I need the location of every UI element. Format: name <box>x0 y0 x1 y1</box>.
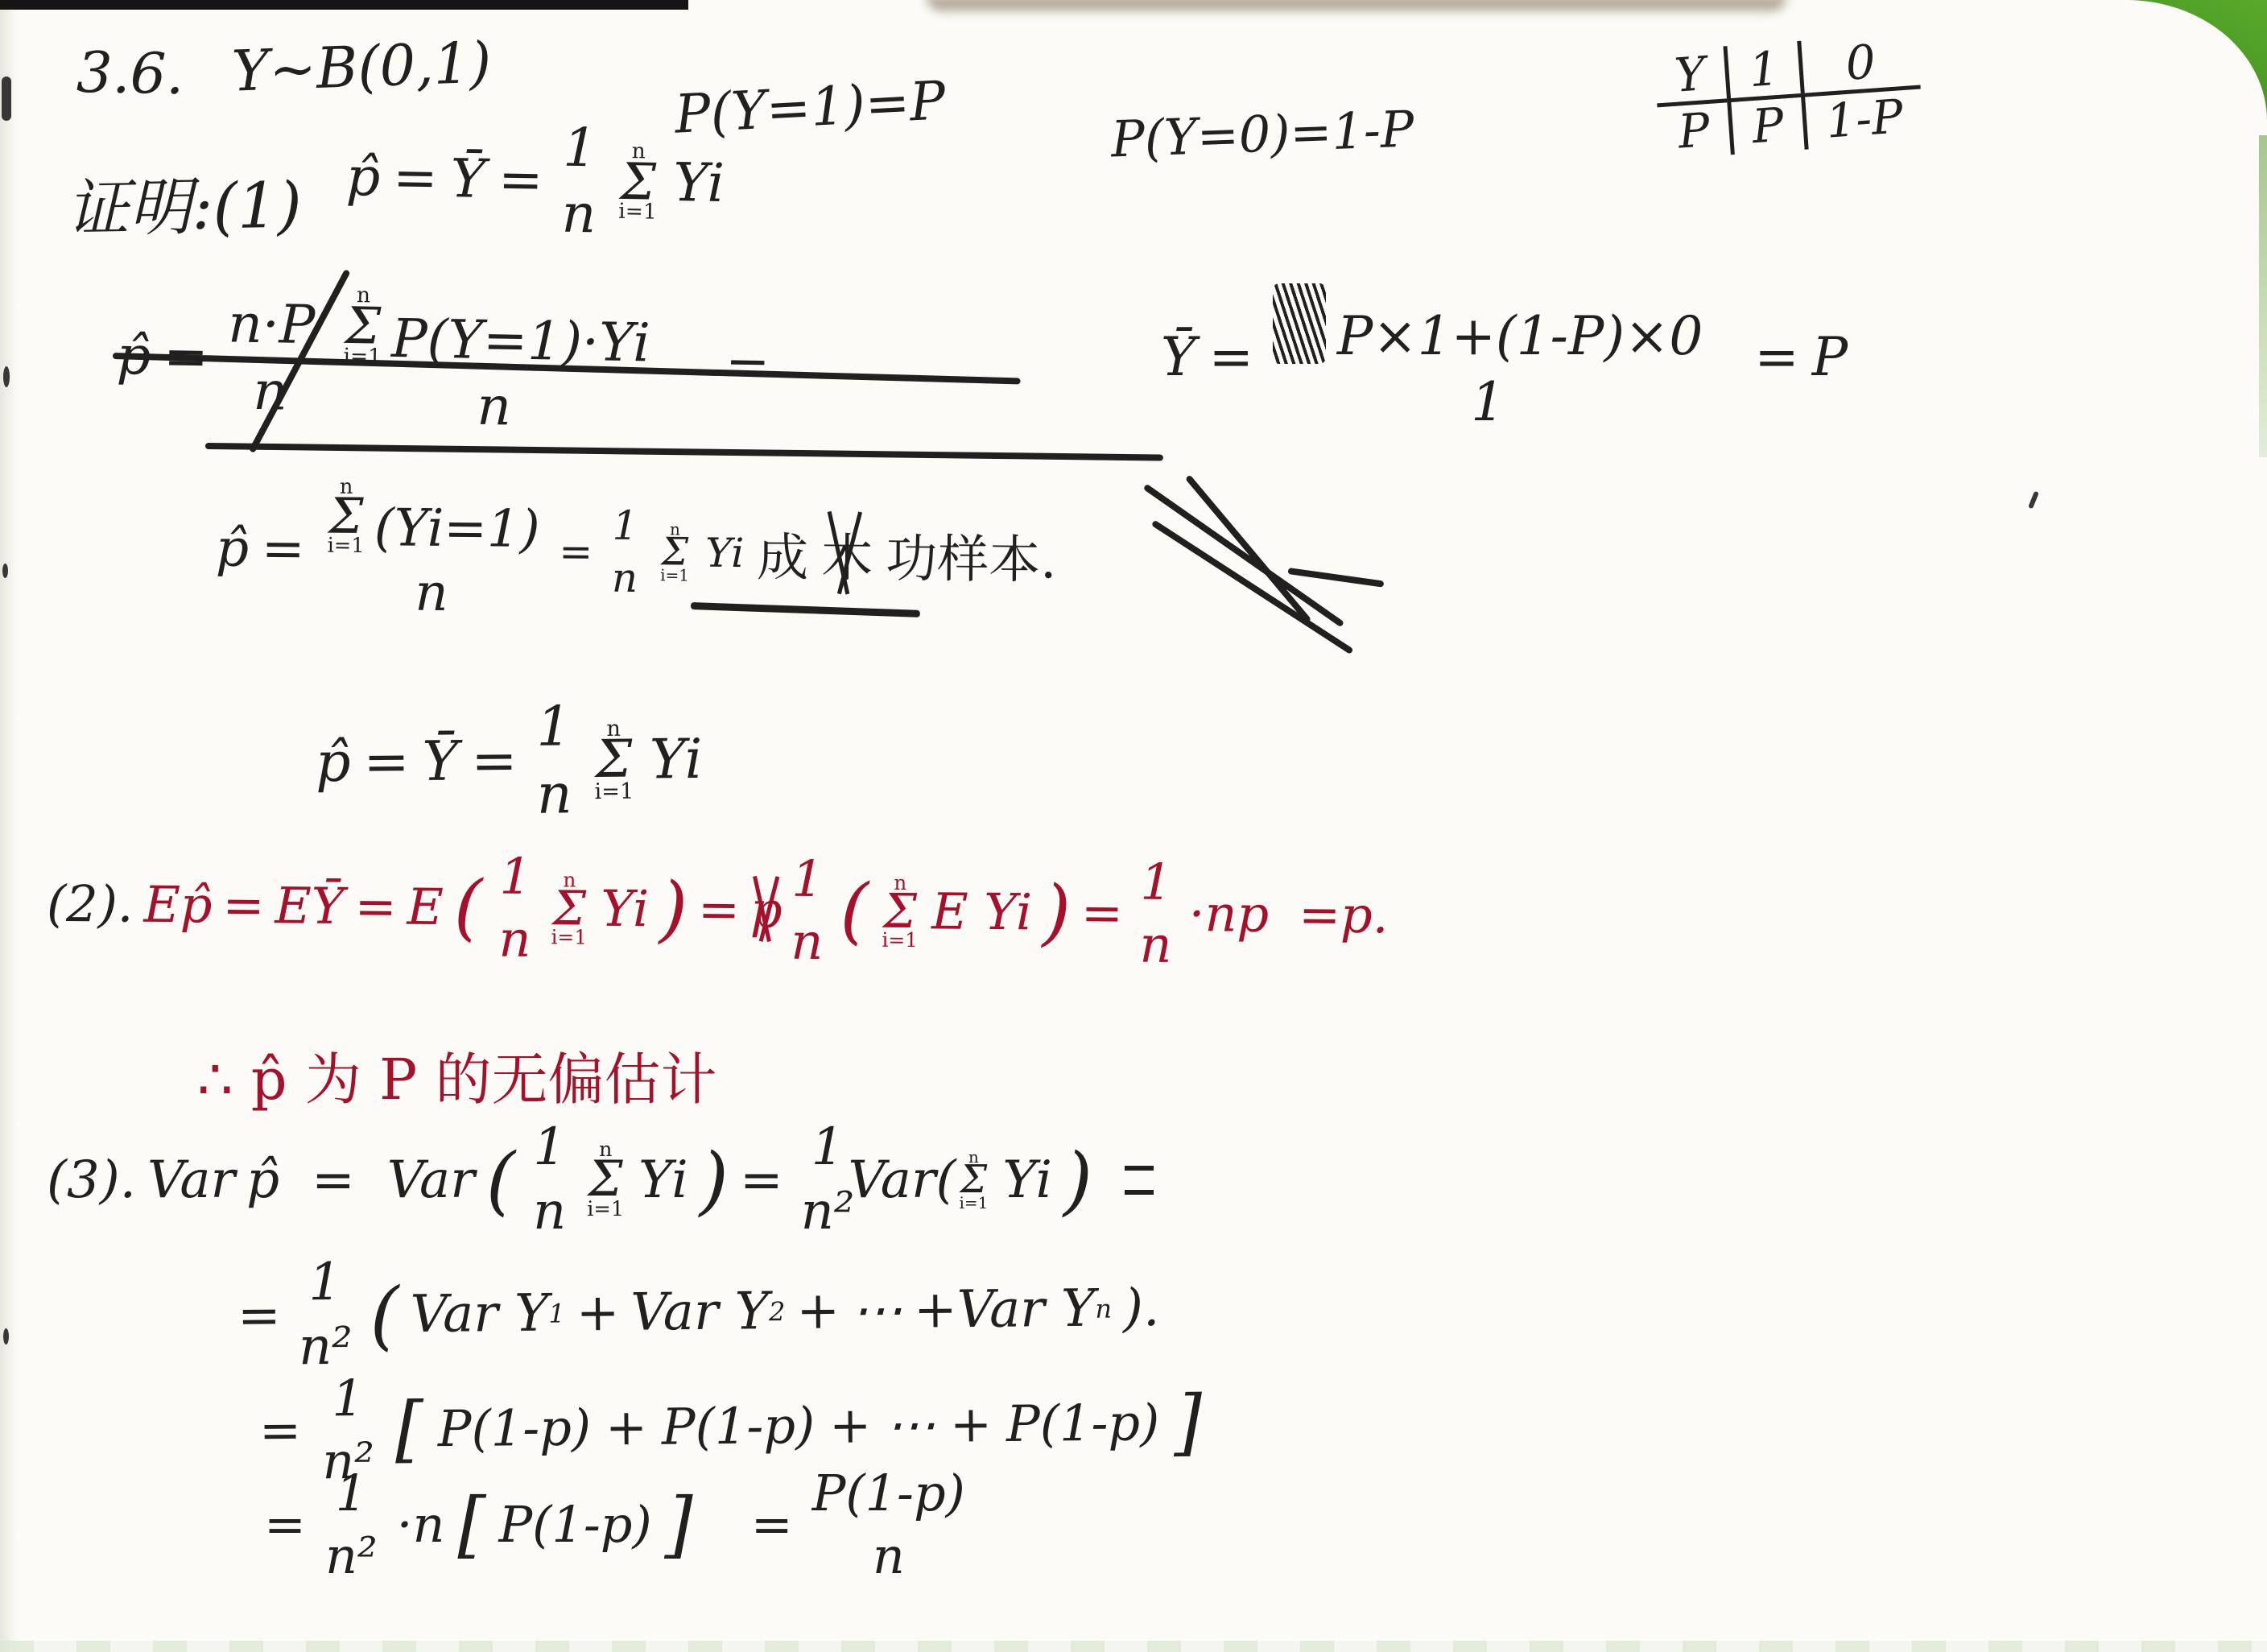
handwritten-notes-photo: 3.6. Y~B(0,1) P(Y=1)=P P(Y=0)=1-P Y 1 0 … <box>0 0 2267 1652</box>
photo-top-dark-edge <box>0 0 688 10</box>
close-paren-period: ). <box>1123 1278 1160 1338</box>
plus: + <box>796 1281 840 1340</box>
subscript-2: 2 <box>769 1296 786 1327</box>
equals: = <box>1754 326 1798 388</box>
fraction-1-over-n: 1 n <box>492 850 538 966</box>
open-paren: ( <box>840 869 869 952</box>
var-y-text: +Var Y <box>914 1278 1096 1340</box>
estimator-restatement: p̂ = Ȳ = 1 n n Σ i=1 Yi <box>315 697 703 826</box>
denominator: n <box>605 557 645 600</box>
plus: + <box>829 1396 872 1455</box>
sigma-symbol: Σ <box>661 536 688 569</box>
numerator: 1 <box>605 504 644 547</box>
y-sub-i: Yi <box>705 529 745 576</box>
numerator: 1 <box>530 698 578 756</box>
sum-lower: i=1 <box>551 928 587 945</box>
sigma-symbol: Σ <box>620 160 656 204</box>
var-y-text: Var Y <box>630 1282 769 1342</box>
sigma-symbol: Σ <box>588 1159 623 1201</box>
equals: = <box>1081 883 1124 942</box>
subscript-1: 1 <box>548 1298 565 1328</box>
conclusion-text: ∴ p̂ 为 P 的无偏估计 <box>197 1035 716 1116</box>
y-bar: Ȳ <box>1161 326 1196 388</box>
equals: = <box>222 876 265 935</box>
p-hat: p̂ <box>316 731 351 795</box>
paper-left-edge <box>0 0 18 1652</box>
proof-label-text: 证明:(1) <box>65 155 303 249</box>
denominator: n <box>866 1530 911 1582</box>
part2-index: (2). <box>47 874 134 934</box>
equals: = <box>1209 326 1253 388</box>
crossout-scribble-stroke <box>1185 474 1311 623</box>
crossed-out-character: 木 <box>821 517 873 592</box>
summation: n Σ i=1 <box>660 522 689 583</box>
fraction-1-over-n-squared: 1 n² <box>291 1256 359 1375</box>
numerator: 1 <box>556 119 604 176</box>
p-hat: p̂ <box>216 518 250 578</box>
denominator: n² <box>319 1530 384 1582</box>
numerator: 1 <box>1133 856 1179 909</box>
equals: = <box>264 1495 306 1554</box>
denominator: n <box>408 567 455 622</box>
unbiased-conclusion: ∴ p̂ 为 P 的无偏估计 <box>197 1035 716 1116</box>
paper-bottom-edge <box>0 1641 2267 1652</box>
sigma-symbol: Σ <box>345 304 381 348</box>
denominator: n <box>530 766 578 824</box>
p-1-minus-p: P(1-p) <box>662 1396 816 1456</box>
close-bracket: ] <box>1174 1380 1203 1464</box>
y-sub-i: Yi <box>1002 1150 1052 1210</box>
sum-lower: i=1 <box>328 538 365 555</box>
fraction-1-over-n-squared: 1 n² <box>319 1467 384 1582</box>
summation: n Σ i=1 <box>328 479 365 556</box>
ellipsis: ⋯ <box>886 1395 936 1455</box>
table-cell-1: 1 <box>1724 41 1801 98</box>
y-sub-i: Yi <box>601 879 649 939</box>
ink-speck <box>3 1328 9 1344</box>
plus-var-yn: +Var Yn <box>914 1278 1113 1340</box>
fraction-1-over-n: 1 n <box>605 504 645 599</box>
equals: = <box>498 149 543 212</box>
numerator: 1 <box>785 853 830 906</box>
sigma-symbol: Σ <box>595 738 632 783</box>
equals: = <box>698 880 741 939</box>
paper-top-shadow <box>926 0 1787 11</box>
scribbled-out-summation <box>1273 283 1326 364</box>
equals: = <box>740 1150 783 1210</box>
plus: + <box>605 1398 648 1456</box>
correction-mark <box>1125 1166 1154 1195</box>
y-bar: Ȳ <box>450 147 486 210</box>
summation: n Σ i=1 <box>551 871 587 946</box>
p-hat: p̂ <box>246 1150 279 1210</box>
fraction-1-over-n: 1 n <box>530 698 579 824</box>
expectation-terms: P×1+(1-P)×0 <box>1337 308 1703 364</box>
numerator: P×1+(1-P)×0 <box>1266 283 1710 364</box>
p-1-minus-p: P(1-p) <box>498 1495 651 1554</box>
p-1-minus-p: P(1-p) <box>438 1398 592 1459</box>
open-bracket: [ <box>457 1483 485 1567</box>
times-n: ·n <box>397 1495 445 1554</box>
annotation-success-sample: 功样本. <box>886 517 1057 593</box>
denominator: n <box>1133 919 1179 972</box>
crossout-scribble-stroke <box>1287 568 1384 588</box>
sum-lower: i=1 <box>618 203 657 221</box>
y-sub-i: Yi <box>638 1150 688 1210</box>
open-paren: ( <box>370 1271 399 1358</box>
table-cell-1mp: 1-P <box>1801 85 1924 150</box>
success-count-derivation: p̂ = n Σ i=1 (Yi=1) n = 1 n n Σ i=1 Yi <box>215 477 1057 626</box>
table-cell-p: P <box>1657 98 1731 159</box>
close-paren: ) <box>659 867 688 951</box>
prob-y-equals-0: P(Y=0)=1-P <box>1110 99 1415 168</box>
e-p-hat: Ep̂ <box>143 875 213 935</box>
crossed-out-p: p <box>750 880 783 939</box>
variance-expansion: = 1 n² ( Var Y1 + Var Y2 + ⋯ +Var Yn ). <box>237 1249 1160 1375</box>
fraction-count-over-n: n Σ i=1 (Yi=1) n <box>317 479 547 622</box>
e-y-bar: EȲ <box>275 876 345 935</box>
numerator: n Σ i=1 (Yi=1) <box>318 479 547 558</box>
numerator: 1 <box>329 1467 374 1519</box>
open-paren: ( <box>453 865 482 949</box>
sigma-symbol: Σ <box>328 496 363 538</box>
numerator: 1 <box>526 1121 572 1175</box>
y-sub-i: Yi <box>650 728 703 792</box>
ellipsis: ⋯ <box>851 1280 903 1340</box>
estimator-definition: p̂ = Ȳ = 1 n n Σ i=1 Yi <box>345 116 725 245</box>
denominator: n <box>492 913 538 966</box>
distribution-text: Y~B(0,1) <box>231 29 493 104</box>
crossout-scribble-stroke <box>1143 484 1344 628</box>
equals: = <box>312 1150 355 1210</box>
denominator: n <box>526 1185 572 1239</box>
close-paren: ) <box>1042 870 1071 954</box>
ink-speck <box>2 76 11 121</box>
equals: = <box>393 147 439 209</box>
sum-lower: i=1 <box>660 568 689 582</box>
open-paren: ( <box>486 1137 515 1224</box>
fraction-expectation: P×1+(1-P)×0 1 <box>1266 283 1710 430</box>
equals-p-result: =p. <box>1299 885 1389 944</box>
numerator: 1 <box>302 1256 348 1311</box>
denominator: n² <box>292 1320 359 1375</box>
var-operator: Var <box>147 1150 235 1210</box>
part3-variance: (3). Var p̂ = Var ( 1 n n Σ i=1 Yi ) = 1… <box>47 1121 1154 1239</box>
trailing-equals: = <box>725 335 770 398</box>
equals: = <box>363 730 410 794</box>
crossout-scribble-stroke <box>1151 520 1354 655</box>
result-p: P <box>1812 326 1848 388</box>
desk-right-sliver <box>2259 135 2267 457</box>
equals: = <box>559 528 593 575</box>
p-1-minus-p: P(1-p) <box>1006 1393 1160 1453</box>
indicator: (Yi=1) <box>374 502 539 557</box>
numerator: P(1-p) <box>806 1467 972 1519</box>
plus: + <box>576 1283 619 1343</box>
e-y-sub-i: E Yi <box>931 882 1032 941</box>
expectation-computation: Ȳ = P×1+(1-P)×0 1 = P <box>1161 283 1848 430</box>
numerator: 1 <box>805 1121 851 1175</box>
sigma-symbol: Σ <box>552 888 586 928</box>
summation: n Σ i=1 <box>882 873 918 948</box>
denominator: n <box>784 915 830 968</box>
part2-expectation: (2). Ep̂ = EȲ = E ( 1 n n Σ i=1 Yi ) = p… <box>46 846 1389 973</box>
summation: n Σ i=1 <box>960 1150 989 1210</box>
ink-speck <box>3 366 10 387</box>
summation: n Σ i=1 <box>343 287 382 366</box>
sum-lower: i=1 <box>594 783 634 802</box>
numerator: 1 <box>493 850 538 903</box>
prob-y0-text: P(Y=0)=1-P <box>1110 99 1415 168</box>
proof-label: 证明:(1) <box>65 155 303 249</box>
part3-index: (3). <box>47 1150 136 1210</box>
var-operator: Var <box>387 1150 475 1210</box>
sum-lower: i=1 <box>960 1196 989 1210</box>
ink-speck <box>2 564 8 578</box>
final-result: = 1 n² ·n [ P(1-p) ] = P(1-p) n <box>264 1467 972 1582</box>
var-y-text: Var Y <box>410 1283 548 1344</box>
sum-lower: i=1 <box>882 931 918 948</box>
denominator: n <box>470 378 518 435</box>
numerator: 1 <box>325 1372 370 1425</box>
var-open: Var( <box>848 1150 956 1210</box>
fraction-1-over-n: 1 n <box>526 1121 572 1239</box>
strikethrough-line <box>205 443 1163 461</box>
equals: = <box>237 1286 281 1345</box>
subscript-n: n <box>1095 1293 1112 1324</box>
equals: = <box>471 729 518 793</box>
sum-lower: i=1 <box>587 1201 624 1219</box>
problem-number-text: 3.6. <box>76 39 184 107</box>
annotation-cheng: 成 <box>757 516 809 591</box>
distribution-table: Y 1 0 P P 1-P <box>1654 33 1924 159</box>
fraction-1-over-n: 1 n <box>784 853 830 968</box>
expectation-operator: E <box>407 878 444 936</box>
plus: + <box>950 1394 993 1453</box>
var-y2: Var Y2 <box>630 1282 786 1343</box>
distribution-statement: Y~B(0,1) <box>231 29 493 104</box>
table-cell-pp: P <box>1727 93 1805 155</box>
close-paren: ) <box>1063 1137 1092 1224</box>
table-cell-y: Y <box>1654 47 1727 104</box>
close-paren: ) <box>700 1137 729 1224</box>
equals: = <box>262 519 305 579</box>
fraction-p1mp-over-n: P(1-p) n <box>806 1467 972 1582</box>
var-y1: Var Y1 <box>410 1283 565 1344</box>
y-bar: Ȳ <box>422 730 459 794</box>
equals: = <box>354 877 397 935</box>
sigma-symbol: Σ <box>960 1164 988 1196</box>
sigma-symbol: Σ <box>883 890 917 931</box>
summation: n Σ i=1 <box>587 1142 624 1218</box>
open-bracket: [ <box>394 1387 423 1471</box>
pen-mark <box>2028 491 2039 510</box>
summation: n Σ i=1 <box>618 142 658 222</box>
equals: = <box>259 1401 302 1460</box>
problem-number: 3.6. <box>76 39 184 107</box>
numerator: n Σ i=1 P(Y=1)·Yi <box>333 287 657 371</box>
denominator: 1 <box>1464 374 1511 430</box>
fraction-1-over-n: 1 n <box>1133 856 1179 972</box>
y-sub-i: Yi <box>673 151 725 214</box>
equals: = <box>751 1495 793 1554</box>
fraction-1-over-n: 1 n <box>555 119 604 242</box>
summation: n Σ i=1 <box>594 720 634 802</box>
denominator: n <box>555 186 603 242</box>
n-times-p: ·np <box>1189 884 1270 944</box>
p-hat: p̂ <box>345 146 381 209</box>
table-cell-0: 0 <box>1797 33 1920 93</box>
close-bracket: ] <box>665 1483 693 1567</box>
